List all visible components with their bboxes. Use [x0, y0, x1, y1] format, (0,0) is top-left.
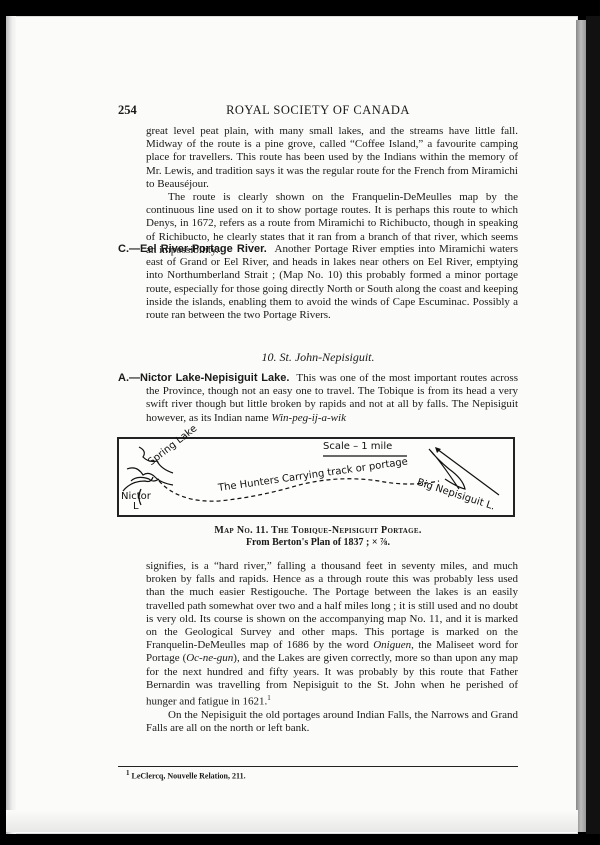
- paragraph: A.—Nictor Lake-Nepisiguit Lake. This was…: [118, 372, 518, 425]
- footnote-divider: [118, 766, 518, 767]
- section-label: C.—Eel River-Portage River.: [118, 243, 267, 255]
- section-heading: 10. St. John-Nepisiguit.: [118, 350, 518, 365]
- section-a-continued: signifies, is a “hard river,” falling a …: [118, 560, 518, 735]
- continued-section: great level peat plain, with many small …: [118, 125, 518, 257]
- footnote-mark: 1: [126, 769, 130, 777]
- paragraph: signifies, is a “hard river,” falling a …: [146, 560, 518, 709]
- footnote: 1 LeClercq, Nouvelle Relation, 211.: [126, 769, 246, 781]
- running-title: ROYAL SOCIETY OF CANADA: [118, 103, 518, 118]
- map-caption: Map No. 11. The Tobique-Nepisiguit Porta…: [118, 525, 518, 549]
- caption-title: Map No. 11. The Tobique-Nepisiguit Porta…: [118, 525, 518, 537]
- section-label: A.—Nictor Lake-Nepisiguit Lake.: [118, 372, 289, 384]
- section-c: C.—Eel River-Portage River. Another Port…: [118, 243, 518, 322]
- scale-label: Scale – 1 mile: [323, 441, 392, 452]
- section-a: A.—Nictor Lake-Nepisiguit Lake. This was…: [118, 372, 518, 425]
- footnote-text: LeClercq, Nouvelle Relation, 211.: [132, 772, 246, 781]
- oc-ne-gun-word: Oc-ne-gun: [186, 652, 233, 664]
- nictor-l-label: L: [133, 501, 139, 512]
- indian-name: Win-peg-ij-a-wik: [271, 412, 346, 424]
- page-bottom-shade: [6, 810, 578, 832]
- portage-map: Scale – 1 mile Spring Lake Nictor L The …: [117, 437, 515, 517]
- north-arrow-icon: [435, 447, 441, 453]
- caption-source: From Berton's Plan of 1837 ; × ⅞.: [118, 537, 518, 549]
- paragraph: On the Nepisiguit the old portages aroun…: [146, 709, 518, 735]
- page-binding-edge: [6, 16, 16, 834]
- page-header: 254 ROYAL SOCIETY OF CANADA: [118, 103, 518, 119]
- paragraph: C.—Eel River-Portage River. Another Port…: [118, 243, 518, 322]
- page-right-edge: [576, 20, 586, 832]
- scan-border: [586, 16, 600, 834]
- footnote-reference[interactable]: 1: [267, 694, 271, 702]
- paragraph: great level peat plain, with many small …: [146, 125, 518, 191]
- oniguen-word: Oniguen: [373, 639, 411, 651]
